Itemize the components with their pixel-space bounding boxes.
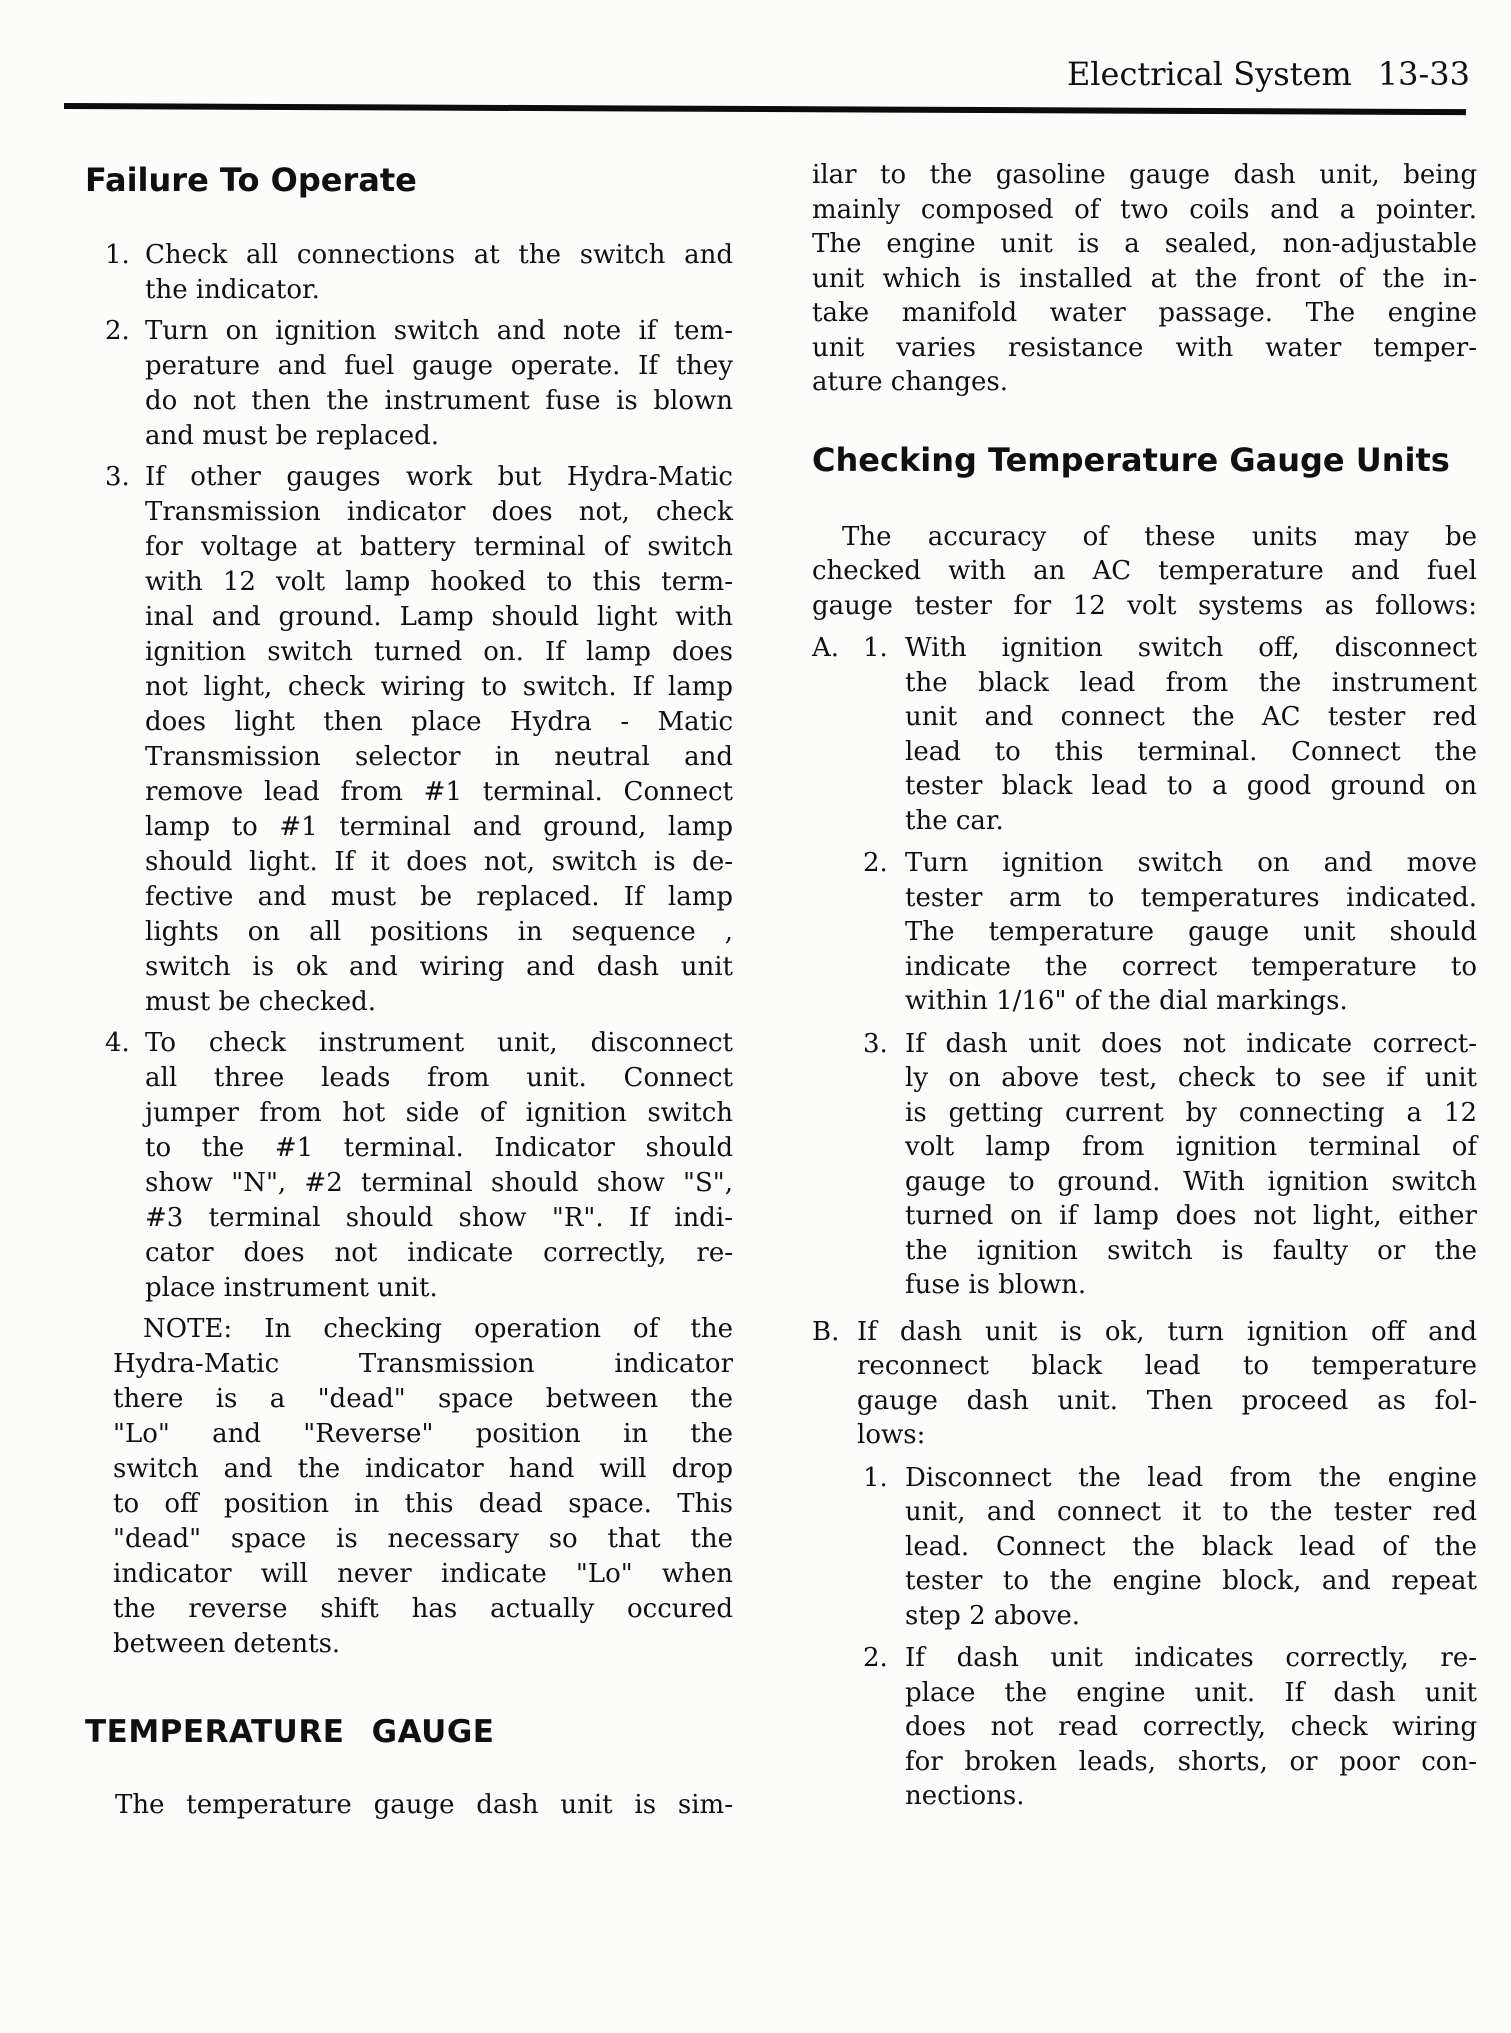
text-line: reconnect black lead to temperature (857, 1349, 1477, 1384)
text-line: If other gauges work but Hydra-Matic (145, 460, 733, 495)
text-line: lows: (857, 1418, 1477, 1453)
text-line: With ignition switch off, disconnect (905, 631, 1477, 666)
item-text: If other gauges work but Hydra-MaticTran… (145, 460, 733, 1020)
text-line: The accuracy of these units may be (812, 520, 1477, 555)
item-marker: 1. (105, 238, 145, 308)
intro-paragraph: The accuracy of these units may bechecke… (812, 520, 1477, 624)
procedure-list: A.1.With ignition switch off, disconnect… (812, 631, 1477, 1814)
text-line: do not then the instrument fuse is blown (145, 384, 733, 419)
text-line: unit, and connect it to the tester red (905, 1495, 1477, 1530)
text-line: To check instrument unit, disconnect (145, 1026, 733, 1061)
text-line: between detents. (113, 1627, 733, 1662)
text-line: the reverse shift has actually occured (113, 1592, 733, 1627)
item-text: To check instrument unit, disconnectall … (145, 1026, 733, 1306)
text-line: and must be replaced. (145, 419, 733, 454)
item-text: If dash unit does not indicate correct-l… (905, 1027, 1477, 1303)
text-line: not light, check wiring to switch. If la… (145, 670, 733, 705)
text-line: should light. If it does not, switch is … (145, 845, 733, 880)
text-line: with 12 volt lamp hooked to this term- (145, 565, 733, 600)
text-line: take manifold water passage. The engine (812, 296, 1477, 331)
text-line: lights on all positions in sequence , (145, 915, 733, 950)
section-title: Electrical System (1067, 54, 1352, 94)
letter-marker: B. (812, 1315, 857, 1453)
text-line: gauge dash unit. Then proceed as fol- (857, 1384, 1477, 1419)
manual-page: Electrical System 13-33 Failure To Opera… (0, 0, 1511, 2033)
text-line: tester to the engine block, and repeat (905, 1564, 1477, 1599)
text-line: The temperature gauge dash unit is sim- (85, 1788, 733, 1823)
text-line: perature and fuel gauge operate. If they (145, 349, 733, 384)
temperature-paragraph: The temperature gauge dash unit is sim- (85, 1788, 733, 1823)
heading-temperature-gauge: TEMPERATURE GAUGE (85, 1712, 733, 1752)
letter-marker: A. (812, 631, 863, 838)
text-line: unit which is installed at the front of … (812, 262, 1477, 297)
text-line: to the #1 terminal. Indicator should (145, 1131, 733, 1166)
text-line: Disconnect the lead from the engine (905, 1461, 1477, 1496)
text-line: nections. (905, 1779, 1477, 1814)
list-item: 4.To check instrument unit, disconnectal… (85, 1026, 733, 1306)
procedure-item: 3.If dash unit does not indicate correct… (812, 1027, 1477, 1303)
text-line: place the engine unit. If dash unit (905, 1676, 1477, 1711)
text-line: Transmission selector in neutral and (145, 740, 733, 775)
text-line: to off position in this dead space. This (113, 1487, 733, 1522)
page-number: 13-33 (1378, 54, 1470, 94)
note-block: NOTE: In checking operation of theHydra-… (113, 1312, 733, 1662)
text-line: the black lead from the instrument (905, 666, 1477, 701)
heading-failure-to-operate: Failure To Operate (85, 160, 733, 200)
text-line: switch is ok and wiring and dash unit (145, 950, 733, 985)
text-line: unit and connect the AC tester red (905, 700, 1477, 735)
procedure-item: B.If dash unit is ok, turn ignition off … (812, 1315, 1477, 1453)
text-line: place instrument unit. (145, 1271, 733, 1306)
continuation-paragraph: ilar to the gasoline gauge dash unit, be… (812, 158, 1477, 400)
text-line: lamp to #1 terminal and ground, lamp (145, 810, 733, 845)
text-line: #3 terminal should show "R". If indi- (145, 1201, 733, 1236)
item-text: Turn on ignition switch and note if tem-… (145, 314, 733, 454)
right-column: ilar to the gasoline gauge dash unit, be… (812, 158, 1477, 1814)
text-line: lead. Connect the black lead of the (905, 1530, 1477, 1565)
procedure-item: A.1.With ignition switch off, disconnect… (812, 631, 1477, 838)
text-line: step 2 above. (905, 1599, 1477, 1634)
text-line: tester black lead to a good ground on (905, 769, 1477, 804)
item-text: Turn ignition switch on and movetester a… (905, 846, 1477, 1019)
text-line: tester arm to temperatures indicated. (905, 881, 1477, 916)
item-text: Check all connections at the switch andt… (145, 238, 733, 308)
text-line: must be checked. (145, 985, 733, 1020)
text-line: within 1/16" of the dial markings. (905, 984, 1477, 1019)
number-marker: 2. (863, 846, 905, 1019)
procedure-item: 1.Disconnect the lead from the engineuni… (812, 1461, 1477, 1634)
item-text: Disconnect the lead from the engineunit,… (905, 1461, 1477, 1634)
list-item: 2.Turn on ignition switch and note if te… (85, 314, 733, 454)
text-line: gauge to ground. With ignition switch (905, 1165, 1477, 1200)
text-line: the ignition switch is faulty or the (905, 1234, 1477, 1269)
text-line: fective and must be replaced. If lamp (145, 880, 733, 915)
number-marker: 2. (863, 1641, 905, 1814)
text-line: unit varies resistance with water temper… (812, 331, 1477, 366)
text-line: If dash unit does not indicate correct- (905, 1027, 1477, 1062)
text-line: ature changes. (812, 365, 1477, 400)
text-line: ignition switch turned on. If lamp does (145, 635, 733, 670)
text-line: fuse is blown. (905, 1268, 1477, 1303)
item-text: With ignition switch off, disconnectthe … (905, 631, 1477, 838)
text-line: show "N", #2 terminal should show "S", (145, 1166, 733, 1201)
text-line: Hydra-Matic Transmission indicator (113, 1347, 733, 1382)
text-line: checked with an AC temperature and fuel (812, 554, 1477, 589)
text-line: "Lo" and "Reverse" position in the (113, 1417, 733, 1452)
text-line: does light then place Hydra - Matic (145, 705, 733, 740)
item-marker: 2. (105, 314, 145, 454)
text-line: the indicator. (145, 273, 733, 308)
failure-list: 1.Check all connections at the switch an… (85, 238, 733, 1306)
text-line: switch and the indicator hand will drop (113, 1452, 733, 1487)
text-line: gauge tester for 12 volt systems as foll… (812, 589, 1477, 624)
text-line: remove lead from #1 terminal. Connect (145, 775, 733, 810)
text-line: NOTE: In checking operation of the (113, 1312, 733, 1347)
text-line: If dash unit is ok, turn ignition off an… (857, 1315, 1477, 1350)
text-line: The engine unit is a sealed, non-adjusta… (812, 227, 1477, 262)
text-line: cator does not indicate correctly, re- (145, 1236, 733, 1271)
text-line: indicator will never indicate "Lo" when (113, 1557, 733, 1592)
text-line: turned on if lamp does not light, either (905, 1199, 1477, 1234)
heading-checking-units: Checking Temperature Gauge Units (812, 440, 1477, 480)
list-item: 3.If other gauges work but Hydra-MaticTr… (85, 460, 733, 1020)
text-line: ly on above test, check to see if unit (905, 1061, 1477, 1096)
list-item: 1.Check all connections at the switch an… (85, 238, 733, 308)
text-line: for broken leads, shorts, or poor con- (905, 1745, 1477, 1780)
text-line: for voltage at battery terminal of switc… (145, 530, 733, 565)
text-line: If dash unit indicates correctly, re- (905, 1641, 1477, 1676)
item-marker: 3. (105, 460, 145, 1020)
text-line: the car. (905, 804, 1477, 839)
header-rule (64, 103, 1466, 115)
number-marker: 1. (863, 1461, 905, 1634)
text-line: mainly composed of two coils and a point… (812, 193, 1477, 228)
number-marker: 1. (863, 631, 905, 838)
item-marker: 4. (105, 1026, 145, 1306)
text-line: volt lamp from ignition terminal of (905, 1130, 1477, 1165)
text-line: The temperature gauge unit should (905, 915, 1477, 950)
text-line: Transmission indicator does not, check (145, 495, 733, 530)
text-line: jumper from hot side of ignition switch (145, 1096, 733, 1131)
text-line: inal and ground. Lamp should light with (145, 600, 733, 635)
procedure-item: 2.If dash unit indicates correctly, re-p… (812, 1641, 1477, 1814)
text-line: all three leads from unit. Connect (145, 1061, 733, 1096)
procedure-item: 2.Turn ignition switch on and movetester… (812, 846, 1477, 1019)
number-marker: 3. (863, 1027, 905, 1303)
item-text: If dash unit indicates correctly, re-pla… (905, 1641, 1477, 1814)
text-line: is getting current by connecting a 12 (905, 1096, 1477, 1131)
text-line: does not read correctly, check wiring (905, 1710, 1477, 1745)
left-column: Failure To Operate 1.Check all connectio… (85, 160, 733, 1823)
text-line: Turn on ignition switch and note if tem- (145, 314, 733, 349)
text-line: lead to this terminal. Connect the (905, 735, 1477, 770)
text-line: indicate the correct temperature to (905, 950, 1477, 985)
text-line: "dead" space is necessary so that the (113, 1522, 733, 1557)
page-header: Electrical System 13-33 (1067, 54, 1470, 94)
text-line: Check all connections at the switch and (145, 238, 733, 273)
text-line: there is a "dead" space between the (113, 1382, 733, 1417)
text-line: ilar to the gasoline gauge dash unit, be… (812, 158, 1477, 193)
item-text: If dash unit is ok, turn ignition off an… (857, 1315, 1477, 1453)
text-line: Turn ignition switch on and move (905, 846, 1477, 881)
